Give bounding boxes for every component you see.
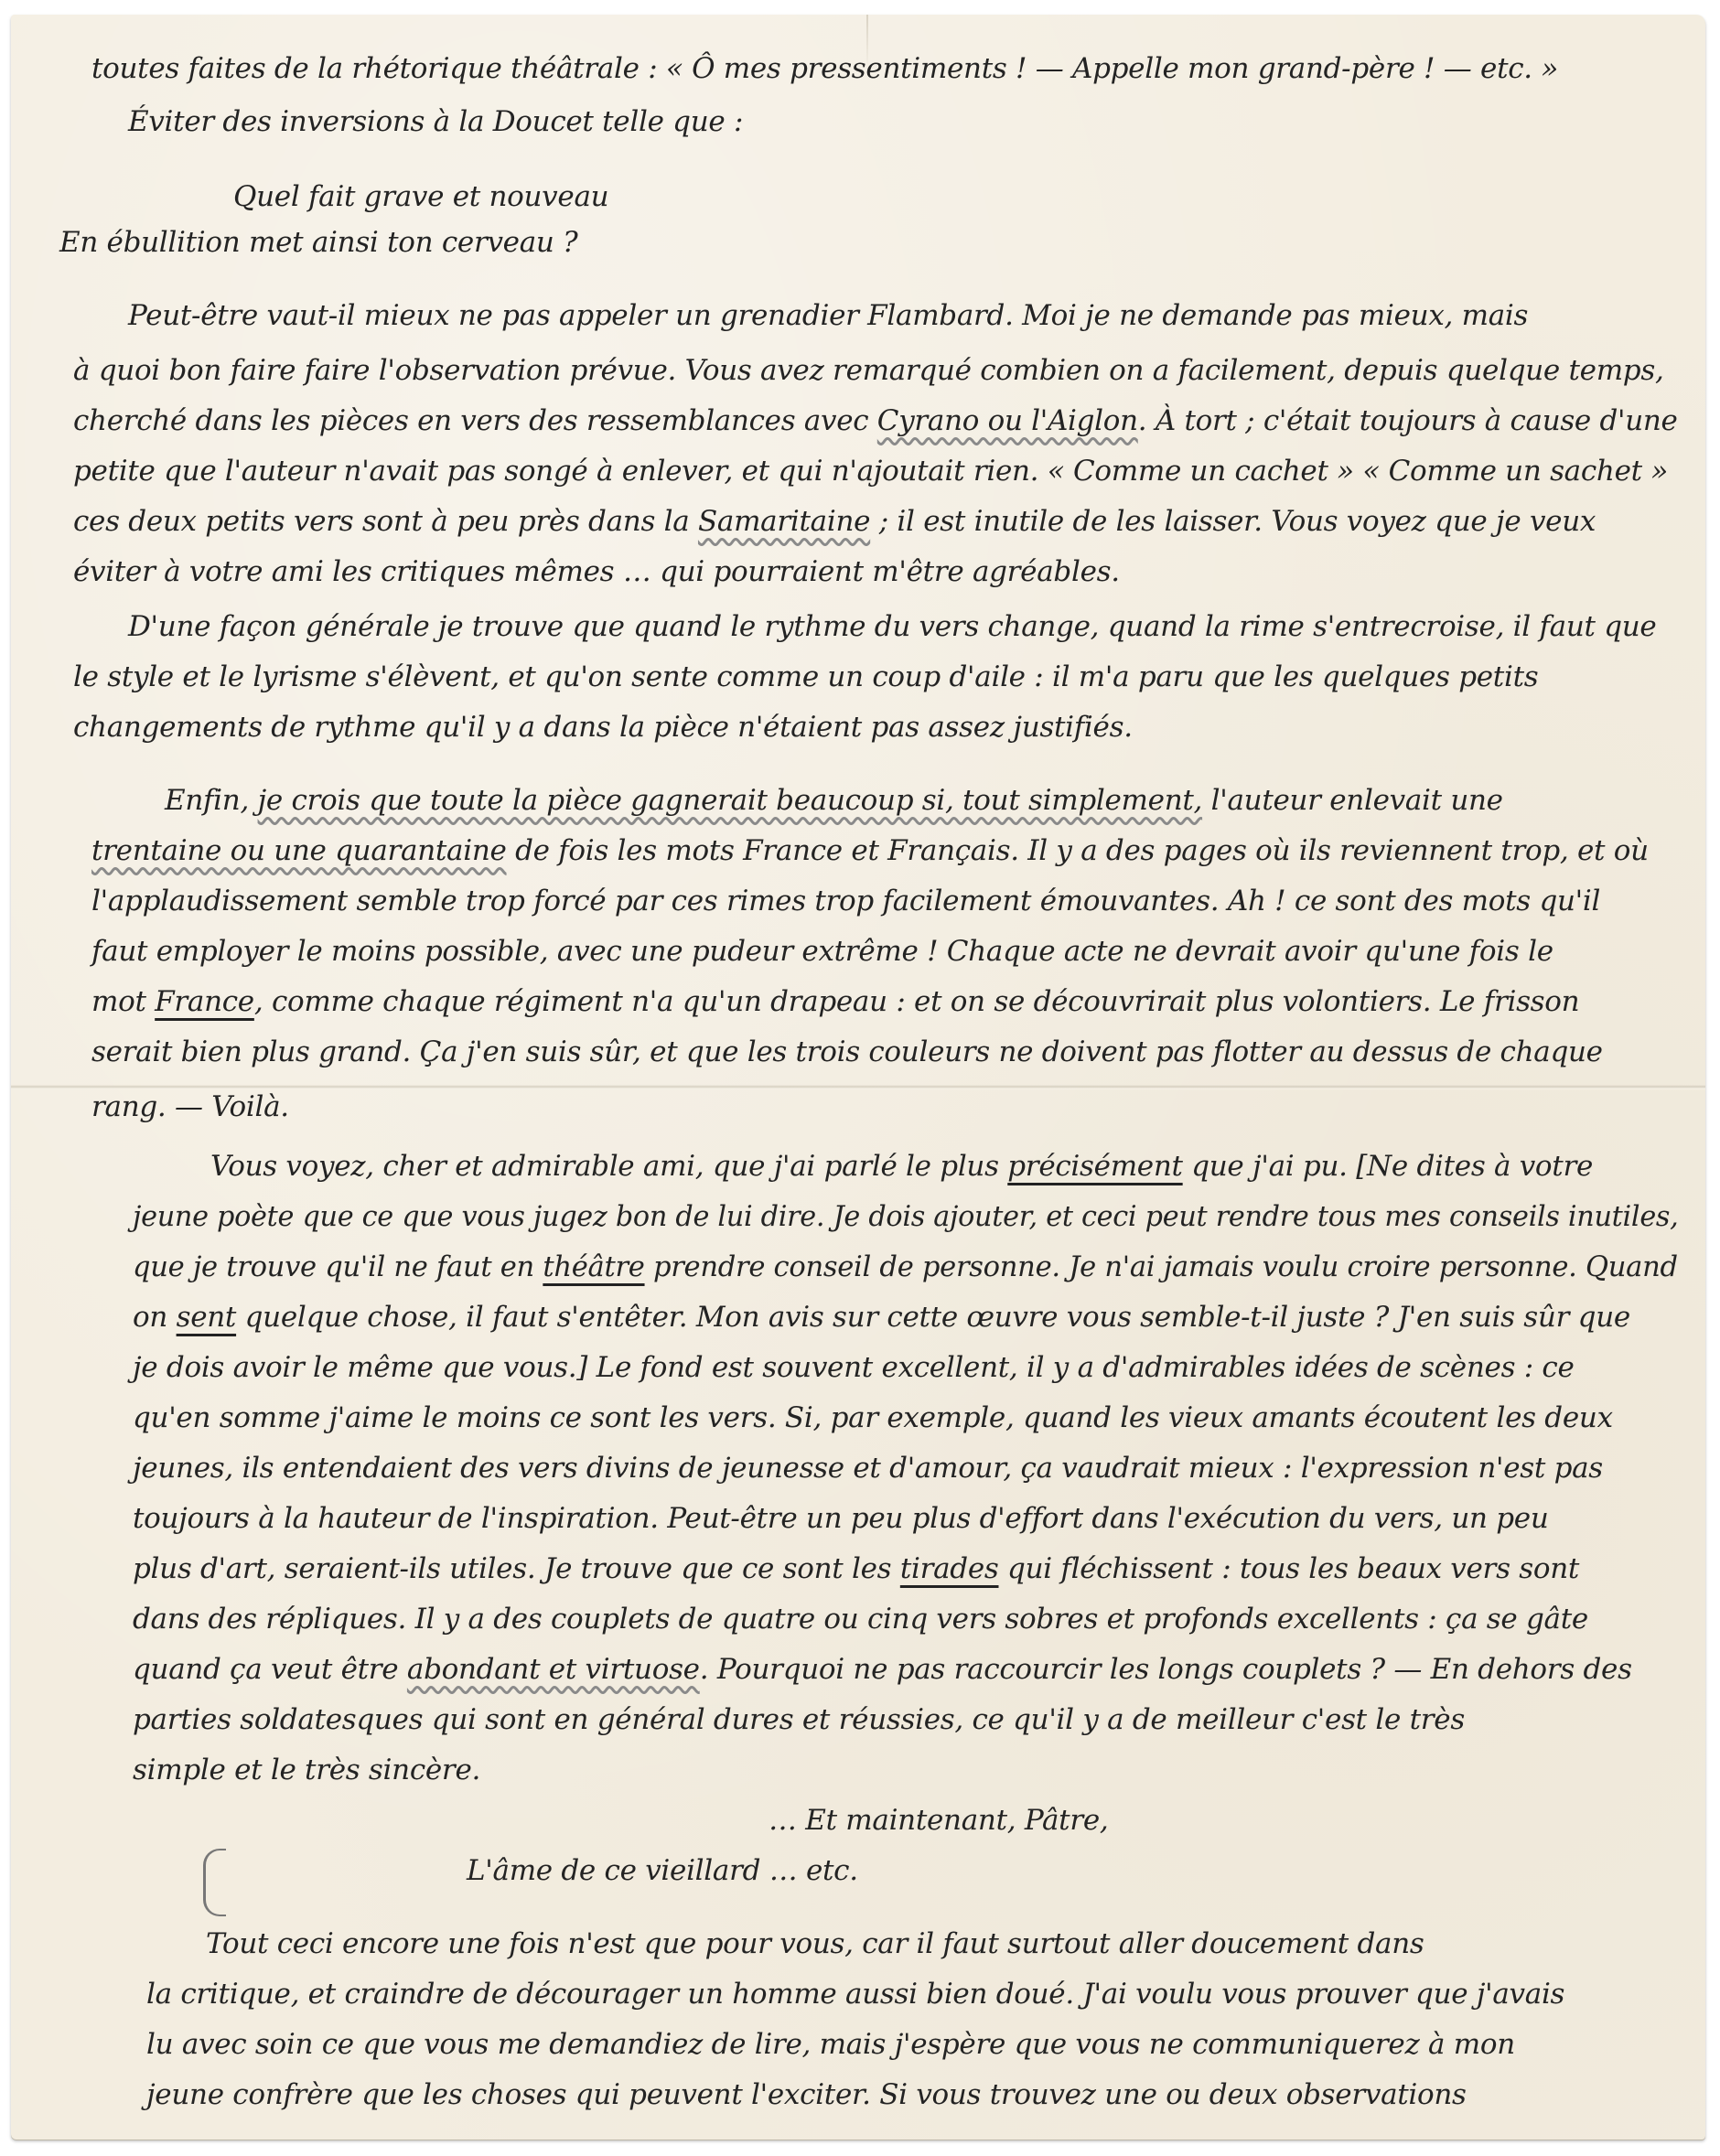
text-line: simple et le très sincère. [133,1756,480,1785]
text-line: changements de rythme qu'il y a dans la … [73,713,1133,742]
underlined-phrase: théâtre [543,1250,644,1283]
text-line: petite que l'auteur n'avait pas songé à … [73,457,1668,486]
underlined-phrase: tirades [900,1552,999,1585]
text-line: En ébullition met ainsi ton cerveau ? [59,229,577,257]
text-line: jeune poète que ce que vous jugez bon de… [133,1203,1679,1231]
text-line: le style et le lyrisme s'élèvent, et qu'… [73,663,1538,692]
text-line: rang. — Voilà. [91,1093,289,1121]
text-line: dans des répliques. Il y a des couplets … [133,1605,1588,1634]
underlined-phrase: France [155,985,254,1018]
text-line: on sent quelque chose, il faut s'entêter… [133,1303,1630,1332]
margin-bracket-mark [203,1849,226,1916]
underlined-phrase: trentaine ou une quarantaine [91,834,507,867]
text-line: Éviter des inversions à la Doucet telle … [128,108,743,136]
text-line: toujours à la hauteur de l'inspiration. … [133,1505,1549,1533]
text-line: serait bien plus grand. Ça j'en suis sûr… [91,1038,1603,1067]
text-line: l'applaudissement semble trop forcé par … [91,887,1600,916]
text-line: Quel fait grave et nouveau [233,183,608,211]
text-line: D'une façon générale je trouve que quand… [128,613,1656,641]
text-line: toutes faites de la rhétorique théâtrale… [91,55,1558,83]
underlined-phrase: je crois que toute la pièce gagnerait be… [258,784,1203,817]
text-line: Peut-être vaut-il mieux ne pas appeler u… [128,302,1528,330]
text-line: lu avec soin ce que vous me demandiez de… [146,2031,1515,2059]
text-line: parties soldatesques qui sont en général… [133,1706,1465,1734]
text-line: qu'en somme j'aime le moins ce sont les … [133,1404,1613,1432]
text-line: jeune confrère que les choses qui peuven… [146,2081,1467,2109]
text-line: plus d'art, seraient-ils utiles. Je trou… [133,1555,1579,1583]
underlined-phrase: Samaritaine [698,505,870,538]
text-line: je dois avoir le même que vous.] Le fond… [133,1354,1575,1382]
text-line: Enfin, je crois que toute la pièce gagne… [165,787,1503,815]
underlined-phrase: abondant et virtuose [407,1653,700,1686]
text-line: ces deux petits vers sont à peu près dan… [73,508,1596,536]
text-line: mot France, comme chaque régiment n'a qu… [91,988,1579,1016]
letter-page: toutes faites de la rhétorique théâtrale… [11,15,1705,2140]
text-line: Tout ceci encore une fois n'est que pour… [206,1930,1424,1958]
text-line: jeunes, ils entendaient des vers divins … [133,1454,1603,1483]
underlined-phrase: précisément [1007,1150,1182,1183]
text-line: cherché dans les pièces en vers des ress… [73,407,1678,435]
text-line: la critique, et craindre de décourager u… [146,1980,1564,2009]
text-line: faut employer le moins possible, avec un… [91,938,1553,966]
text-line: que je trouve qu'il ne faut en théâtre p… [133,1253,1678,1282]
text-line: à quoi bon faire faire l'observation pré… [73,357,1664,385]
text-line: Vous voyez, cher et admirable ami, que j… [210,1153,1593,1181]
text-line: éviter à votre ami les critiques mêmes …… [73,558,1120,586]
text-line: trentaine ou une quarantaine de fois les… [91,837,1649,865]
text-line: … Et maintenant, Pâtre, [769,1807,1108,1835]
underlined-phrase: Cyrano ou l'Aiglon [877,404,1138,437]
underlined-phrase: sent [177,1301,236,1334]
text-line: quand ça veut être abondant et virtuose.… [133,1656,1632,1684]
text-line: L'âme de ce vieillard … etc. [467,1857,858,1885]
